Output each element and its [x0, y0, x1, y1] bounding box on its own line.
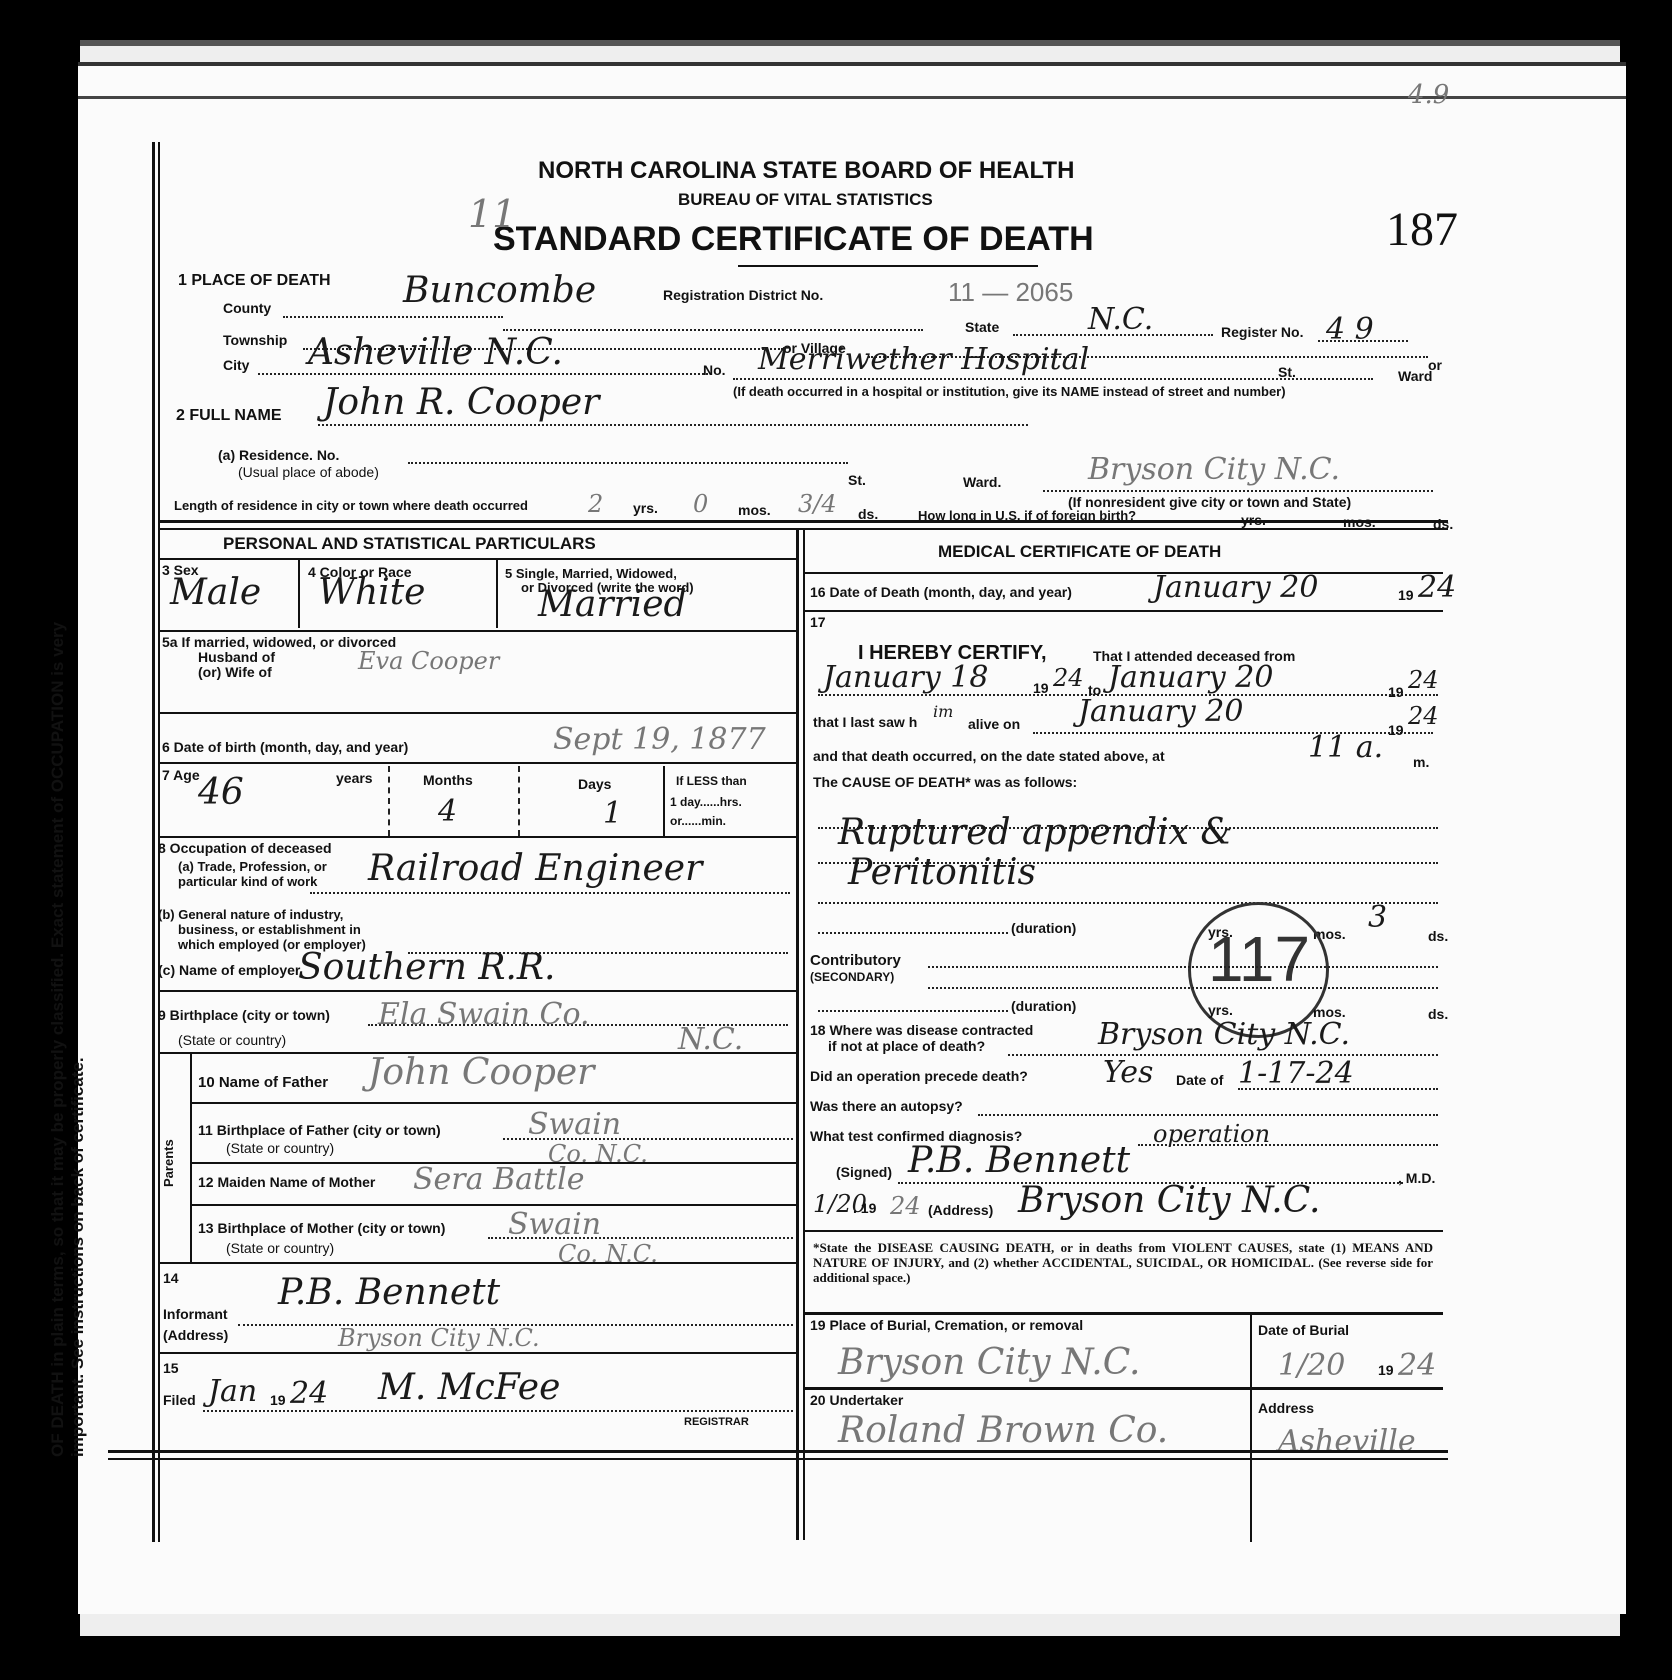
section-divider — [158, 520, 1448, 523]
length-mos-value: 0 — [693, 490, 708, 518]
attended-from-year: 24 — [1053, 664, 1084, 692]
rule — [803, 572, 1443, 574]
undertaker-value: Roland Brown Co. — [838, 1410, 1168, 1451]
undertaker-address-label: Address — [1258, 1400, 1314, 1416]
from-year-prefix: 19 — [1033, 680, 1049, 696]
rule — [190, 1052, 192, 1262]
city-label: City — [223, 357, 249, 373]
mother-value: Sera Battle — [413, 1162, 584, 1197]
address-label: (Address) — [928, 1202, 993, 1218]
burial-date-value: 1/20 — [1278, 1348, 1345, 1383]
no-label: No. — [703, 362, 726, 378]
mother-birthplace-label: 13 Birthplace of Mother (city or town) — [198, 1220, 445, 1236]
informant-address-label: (Address) — [163, 1327, 228, 1343]
burial-place-value: Bryson City N.C. — [838, 1342, 1140, 1383]
length-yrs-label: yrs. — [633, 500, 658, 516]
burial-year-value: 24 — [1398, 1348, 1436, 1383]
test-value: operation — [1153, 1120, 1270, 1148]
marital-value: Married — [538, 584, 687, 625]
filed-month: Jan — [208, 1374, 257, 1409]
mother-label: 12 Maiden Name of Mother — [198, 1174, 375, 1190]
rule — [158, 1262, 796, 1264]
filed-number: 15 — [163, 1360, 179, 1376]
margin-note-line2: important. See instructions on back of c… — [68, 1057, 88, 1457]
age-label: 7 Age — [162, 767, 200, 783]
rule — [803, 610, 1443, 612]
sign-year-prefix: . 19 — [853, 1200, 876, 1216]
length-of-residence-label: Length of residence in city or town wher… — [174, 498, 528, 513]
attended-to-date: January 20 — [1108, 660, 1273, 695]
rule — [190, 1204, 796, 1206]
father-birthplace-label: 11 Birthplace of Father (city or town) — [198, 1122, 441, 1138]
mother-birthplace-city: Swain — [508, 1207, 601, 1242]
board-title: NORTH CAROLINA STATE BOARD OF HEALTH — [538, 157, 1074, 185]
operation-label: Did an operation precede death? — [810, 1068, 1028, 1084]
less-label-1: If LESS than — [676, 774, 747, 788]
industry-label-2: business, or establishment in — [178, 922, 361, 937]
rule — [190, 1102, 796, 1104]
corner-mark: 4.9 — [1408, 80, 1449, 110]
left-border — [152, 142, 155, 1542]
full-name-label: 2 FULL NAME — [176, 407, 281, 425]
parents-label: Parents — [161, 1139, 176, 1187]
rule — [803, 1387, 1443, 1390]
footnote: *State the DISEASE CAUSING DEATH, or in … — [813, 1240, 1433, 1285]
rule — [158, 558, 796, 560]
last-saw-label: that I last saw h — [813, 714, 917, 730]
informant-label: Informant — [163, 1306, 228, 1322]
item-17-number: 17 — [810, 614, 826, 630]
father-birthplace-city: Swain — [528, 1107, 621, 1142]
father-label: 10 Name of Father — [198, 1074, 328, 1091]
months-label: Months — [423, 772, 473, 788]
state-label: State — [965, 319, 999, 335]
tick-mark: 11 — [468, 192, 516, 236]
less-label-3: or......min. — [670, 814, 726, 828]
state-value: N.C. — [1088, 302, 1153, 337]
rule — [663, 766, 665, 836]
length-yrs-value: 2 — [588, 490, 603, 518]
contributory-label: Contributory — [810, 952, 901, 969]
filed-year-prefix: 19 — [270, 1392, 286, 1408]
county-value: Buncombe — [403, 270, 596, 311]
spouse-value: Eva Cooper — [358, 647, 499, 675]
address-value: Bryson City N.C. — [1018, 1180, 1320, 1221]
to-year-prefix: 19 — [1388, 684, 1404, 700]
township-label: Township — [223, 332, 287, 348]
rule — [158, 712, 796, 714]
rule — [298, 558, 300, 628]
or-label: or — [1428, 357, 1442, 373]
registrar-value: M. McFee — [378, 1367, 560, 1408]
occupation-label: 8 Occupation of deceased — [158, 840, 332, 856]
cause-line-2: Peritonitis — [848, 852, 1036, 893]
signed-value: P.B. Bennett — [908, 1140, 1130, 1181]
contributory-ds-label: ds. — [1428, 1006, 1448, 1022]
death-certificate: 4.9 OF DEATH in plain terms, so that it … — [78, 62, 1626, 1614]
column-divider — [796, 530, 799, 1540]
burial-year-prefix: 19 — [1378, 1362, 1394, 1378]
full-name-value: John R. Cooper — [323, 382, 599, 423]
employer-value: Southern R.R. — [298, 947, 555, 988]
residence-sub-label: (Usual place of abode) — [238, 464, 379, 480]
rule — [803, 1312, 1443, 1315]
dob-value: Sept 19, 1877 — [553, 722, 766, 757]
dod-label: 16 Date of Death (month, day, and year) — [810, 584, 1072, 600]
duration-mos-value: 3 — [1368, 900, 1387, 935]
certificate-number: 187 — [1386, 202, 1458, 257]
trade-label-1: (a) Trade, Profession, or — [178, 859, 327, 874]
days-label: Days — [578, 776, 611, 792]
autopsy-label: Was there an autopsy? — [810, 1098, 963, 1114]
margin-note-line1: OF DEATH in plain terms, so that it may … — [48, 622, 68, 1457]
contributory-duration-label: (duration) — [1011, 998, 1076, 1014]
place-of-death-label: 1 PLACE OF DEATH — [178, 272, 331, 290]
burial-date-label: Date of Burial — [1258, 1322, 1349, 1338]
dob-label: 6 Date of birth (month, day, and year) — [162, 739, 408, 755]
last-saw-year-prefix: 19 — [1388, 722, 1404, 738]
filed-year: 24 — [290, 1376, 328, 1411]
registrar-label: REGISTRAR — [684, 1416, 749, 1428]
operation-value: Yes — [1103, 1055, 1153, 1090]
cause-label: The CAUSE OF DEATH* was as follows: — [813, 774, 1077, 790]
registration-district-label: Registration District No. — [663, 287, 823, 303]
rule — [158, 762, 796, 764]
dod-year-prefix: 19 — [1398, 587, 1414, 603]
birthplace-label: 9 Birthplace (city or town) — [158, 1007, 330, 1023]
bureau-title: BUREAU OF VITAL STATISTICS — [678, 190, 933, 210]
birthplace-city-value: Ela Swain Co. — [378, 997, 590, 1032]
less-label-2: 1 day......hrs. — [670, 795, 742, 809]
undertaker-label: 20 Undertaker — [810, 1392, 903, 1408]
father-value: John Cooper — [368, 1052, 594, 1093]
last-saw-date: January 20 — [1078, 694, 1243, 729]
registration-district-value: 11 — 2065 — [948, 277, 1073, 308]
birthplace-sub-label: (State or country) — [178, 1032, 286, 1048]
contributory-yrs-label: yrs. — [1208, 1002, 1233, 1018]
rule — [803, 1230, 1443, 1232]
color-value: White — [318, 572, 425, 613]
informant-value: P.B. Bennett — [278, 1272, 500, 1313]
contracted-label-2: if not at place of death? — [828, 1038, 985, 1054]
spouse-label-3: (or) Wife of — [198, 664, 272, 680]
age-months-value: 4 — [438, 794, 457, 829]
mother-birthplace-sub-label: (State or country) — [226, 1240, 334, 1256]
informant-number: 14 — [163, 1270, 179, 1286]
residence-label: (a) Residence. No. — [218, 447, 339, 463]
dod-year: 24 — [1418, 570, 1456, 605]
medical-heading: MEDICAL CERTIFICATE OF DEATH — [938, 542, 1221, 562]
m-label: m. — [1413, 754, 1429, 770]
sign-year: 24 — [890, 1192, 921, 1220]
title-underline — [738, 265, 1038, 267]
register-no-label: Register No. — [1221, 324, 1303, 340]
trade-label-2: particular kind of work — [178, 874, 317, 889]
undertaker-address-value: Asheville — [1278, 1424, 1416, 1459]
operation-date-value: 1-17-24 — [1238, 1056, 1354, 1091]
county-label: County — [223, 300, 271, 316]
rule — [518, 766, 520, 836]
contracted-label-1: 18 Where was disease contracted — [810, 1022, 1033, 1038]
duration-label: (duration) — [1011, 920, 1076, 936]
bottom-border — [108, 1450, 1448, 1453]
filed-label: Filed — [163, 1392, 196, 1408]
employer-label: (c) Name of employer — [158, 962, 300, 978]
rule — [158, 1352, 796, 1354]
attended-to-year: 24 — [1408, 666, 1439, 694]
death-occurred-label: and that death occurred, on the date sta… — [813, 748, 1165, 764]
industry-label-1: (b) General nature of industry, — [158, 907, 343, 922]
dod-value: January 20 — [1153, 570, 1318, 605]
page-edge-band — [78, 62, 1626, 99]
spouse-label-2: Husband of — [198, 649, 275, 665]
st-label: St. — [1278, 364, 1296, 380]
residence-ward-label: Ward. — [963, 474, 1001, 490]
rule — [158, 630, 796, 632]
attended-from-date: January 18 — [823, 660, 988, 695]
father-birthplace-sub-label: (State or country) — [226, 1140, 334, 1156]
age-days-value: 1 — [603, 796, 622, 831]
stamp-number: 117 — [1208, 922, 1310, 996]
length-mos-label: mos. — [738, 502, 771, 518]
trade-value: Railroad Engineer — [368, 848, 702, 889]
age-years-value: 46 — [198, 772, 244, 813]
rule — [158, 836, 796, 838]
signed-label: (Signed) — [836, 1164, 892, 1180]
marital-label-1: 5 Single, Married, Widowed, — [505, 566, 677, 581]
last-saw-year: 24 — [1408, 702, 1439, 730]
register-no-value: 4 9 — [1326, 312, 1374, 347]
residence-st-label: St. — [848, 472, 866, 488]
last-saw-him: im — [933, 702, 953, 721]
page-title: STANDARD CERTIFICATE OF DEATH — [493, 220, 1094, 259]
rule — [158, 990, 796, 992]
years-label: years — [336, 770, 373, 786]
informant-address-value: Bryson City N.C. — [338, 1324, 540, 1352]
hospital-note: (If death occurred in a hospital or inst… — [733, 384, 1286, 399]
time-of-death: 11 a. — [1308, 730, 1383, 765]
rule — [1250, 1312, 1252, 1542]
length-ds-value: 3/4 — [798, 490, 837, 518]
bottom-border-2 — [108, 1458, 1448, 1460]
contracted-value: Bryson City N.C. — [1098, 1017, 1350, 1052]
personal-heading: PERSONAL AND STATISTICAL PARTICULARS — [223, 534, 596, 554]
secondary-label: (SECONDARY) — [810, 970, 894, 984]
city-value: Asheville N.C. — [308, 332, 563, 373]
operation-date-label: Date of — [1176, 1072, 1223, 1088]
nonresident-value: Bryson City N.C. — [1088, 452, 1340, 487]
rule — [496, 558, 498, 628]
sex-value: Male — [170, 572, 261, 613]
burial-place-label: 19 Place of Burial, Cremation, or remova… — [810, 1317, 1083, 1333]
institution-value: Merriwether Hospital — [758, 342, 1089, 377]
md-label: , M.D. — [1398, 1170, 1435, 1186]
cause-line-1: Ruptured appendix & — [838, 812, 1232, 853]
rule — [388, 766, 390, 836]
alive-on-label: alive on — [968, 716, 1020, 732]
duration-ds-label: ds. — [1428, 928, 1448, 944]
